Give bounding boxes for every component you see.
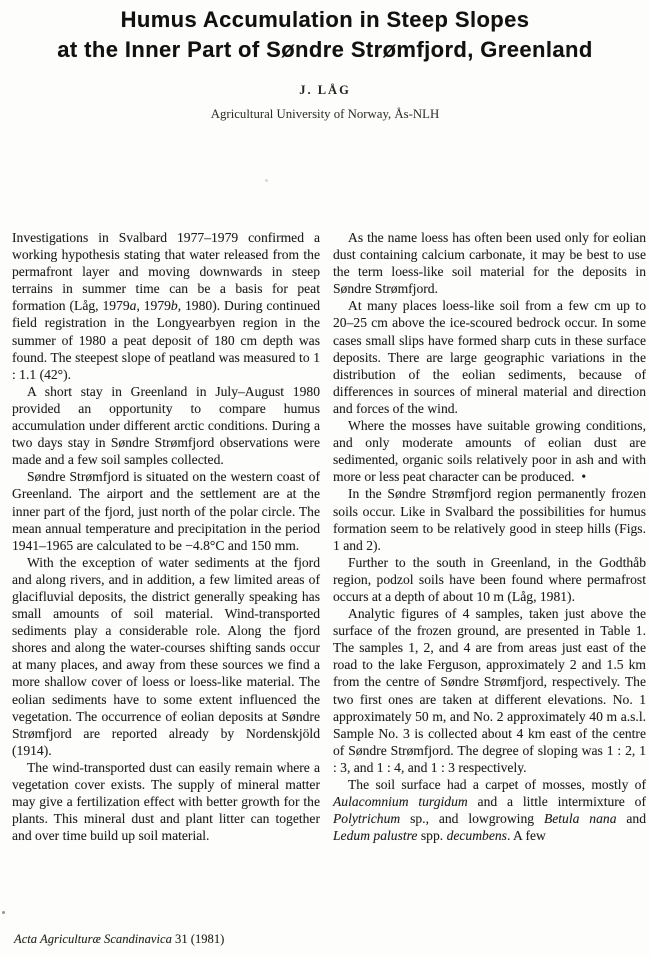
paragraph: With the exception of water sediments at… — [12, 554, 320, 759]
title-line-1: Humus Accumulation in Steep Slopes — [0, 5, 650, 35]
scanned-paper-page: Humus Accumulation in Steep Slopes at th… — [0, 0, 650, 956]
paragraph: At many places loess-like soil from a fe… — [333, 297, 646, 417]
paragraph: Further to the south in Greenland, in th… — [333, 554, 646, 605]
paragraph: As the name loess has often been used on… — [333, 229, 646, 297]
affiliation: Agricultural University of Norway, Ås-NL… — [0, 107, 650, 122]
column-left: Investigations in Svalbard 1977–1979 con… — [12, 229, 320, 844]
paragraph: A short stay in Greenland in July–August… — [12, 383, 320, 468]
volume-year: 31 (1981) — [175, 932, 224, 946]
two-column-body: Investigations in Svalbard 1977–1979 con… — [12, 229, 646, 844]
scan-speck — [265, 179, 268, 182]
paragraph: Investigations in Svalbard 1977–1979 con… — [12, 229, 320, 383]
author-name: J. LÅG — [0, 83, 650, 98]
paragraph: Søndre Strømfjord is situated on the wes… — [12, 468, 320, 553]
title-line-2: at the Inner Part of Søndre Strømfjord, … — [0, 35, 650, 65]
article-title: Humus Accumulation in Steep Slopes at th… — [0, 0, 650, 65]
paragraph: The wind-transported dust can easily rem… — [12, 759, 320, 844]
paragraph: The soil surface had a carpet of mosses,… — [333, 776, 646, 844]
column-right: As the name loess has often been used on… — [333, 229, 646, 844]
running-footer: Acta Agriculturæ Scandinavica 31 (1981) — [14, 932, 224, 947]
scan-speck — [2, 911, 5, 914]
paragraph: In the Søndre Strømfjord region permanen… — [333, 485, 646, 553]
journal-name: Acta Agriculturæ Scandinavica — [14, 932, 172, 946]
paragraph: Where the mosses have suitable growing c… — [333, 417, 646, 485]
paragraph: Analytic figures of 4 samples, taken jus… — [333, 605, 646, 776]
